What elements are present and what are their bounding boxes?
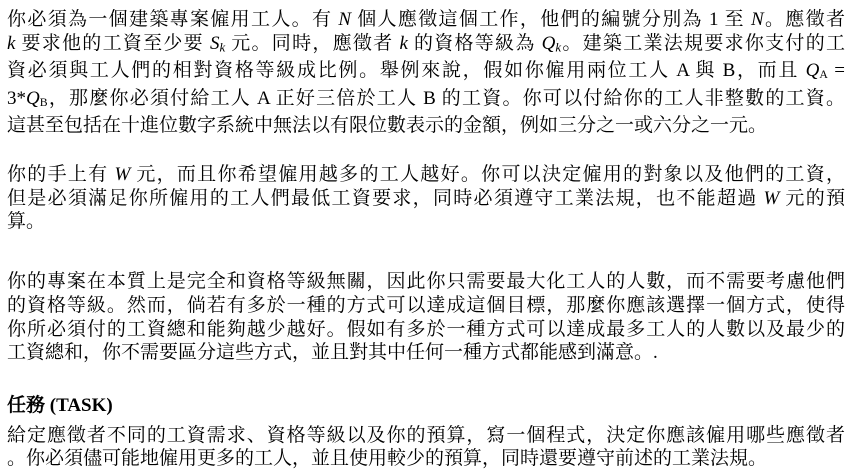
text-line: 的資格等級。然而，倘若有多於一種的方式可以達成這個目標，那麼你應該選擇一個方式，… xyxy=(7,294,845,318)
text-run: 這甚至包括在十進位數字系統中無法以有限位數表示的金額，例如三分之一或六分之一元。 xyxy=(7,115,767,136)
text-line: k 要求他的工資至少要 Sk 元。同時，應徵者 k 的資格等級為 Qk。建築工業… xyxy=(7,32,845,59)
text-line: 你的手上有 W 元，而且你希望僱用越多的工人越好。你可以決定僱用的對象以及他們的… xyxy=(7,163,845,187)
text-run: 3* xyxy=(7,88,26,109)
text-run: 你的手上有 xyxy=(7,164,114,185)
text-line: 你所必須付的工資總和能夠越少越好。假如有多於一種方式可以達成最多工人的人數以及最… xyxy=(7,318,845,342)
budget-paragraph: 你的手上有 W 元，而且你希望僱用越多的工人越好。你可以決定僱用的對象以及他們的… xyxy=(7,163,845,234)
text-run: 。你必須儘可能地僱用更多的工人，並且使用較少的預算，同時還要遵守前述的工業法規。 xyxy=(7,448,767,469)
text-run: 要求他的工資至少要 xyxy=(15,33,210,54)
text-line: 3*QB，那麼你必須付給工人 A 正好三倍於工人 B 的工資。你可以付給你的工人… xyxy=(7,87,845,115)
text-run: 元，而且你希望僱用越多的工人越好。你可以決定僱用的對象以及他們的工資， xyxy=(130,164,845,185)
text-run: 元的預 xyxy=(779,188,845,209)
text-run: 。應徵者 xyxy=(764,9,845,30)
text-run: W xyxy=(764,188,780,209)
text-run: 你的專案在本質上是完全和資格等級無關，因此你只需要最大化工人的人數，而不需要考慮… xyxy=(7,271,845,292)
text-run: Q xyxy=(806,60,820,81)
intro-paragraph: 你必須為一個建築專案僱用工人。有 N 個人應徵這個工作，他們的編號分別為 1 至… xyxy=(7,8,845,138)
task-heading: 任務 (TASK) xyxy=(7,394,845,418)
text-run: = xyxy=(828,60,845,81)
text-run: Q xyxy=(26,88,40,109)
text-run: 你必須為一個建築專案僱用工人。有 xyxy=(7,9,338,30)
text-line: 資必須與工人們的相對資格等級成比例。舉例來說，假如你僱用兩位工人 A 與 B，而… xyxy=(7,59,845,87)
text-run: 個人應徵這個工作，他們的編號分別為 1 至 xyxy=(351,9,751,30)
text-run: 。建築工業法規要求你支付的工 xyxy=(561,33,845,54)
text-line: 任務 (TASK) xyxy=(7,394,845,418)
text-run: 給定應徵者不同的工資需求、資格等級以及你的預算，寫一個程式，決定你應該僱用哪些應… xyxy=(7,425,845,446)
text-run: k xyxy=(399,33,407,54)
text-run: 任務 (TASK) xyxy=(7,395,113,416)
problem-statement: 你必須為一個建築專案僱用工人。有 N 個人應徵這個工作，他們的編號分別為 1 至… xyxy=(0,0,852,471)
text-run: N xyxy=(338,9,351,30)
text-line: 你的專案在本質上是完全和資格等級無關，因此你只需要最大化工人的人數，而不需要考慮… xyxy=(7,270,845,294)
text-run: B xyxy=(40,96,48,109)
text-run: N xyxy=(751,9,764,30)
text-run: 的資格等級。然而，倘若有多於一種的方式可以達成這個目標，那麼你應該選擇一個方式，… xyxy=(7,295,845,316)
objective-paragraph: 你的專案在本質上是完全和資格等級無關，因此你只需要最大化工人的人數，而不需要考慮… xyxy=(7,270,845,365)
text-line: 。你必須儘可能地僱用更多的工人，並且使用較少的預算，同時還要遵守前述的工業法規。 xyxy=(7,447,845,471)
text-line: 算。 xyxy=(7,210,845,234)
text-run: 工資總和，你不需要區分這些方式，並且對其中任何一種方式都能感到滿意。. xyxy=(7,342,658,363)
text-run: Q xyxy=(542,33,556,54)
text-run: 資必須與工人們的相對資格等級成比例。舉例來說，假如你僱用兩位工人 A 與 B，而… xyxy=(7,60,806,81)
text-run: ，那麼你必須付給工人 A 正好三倍於工人 B 的工資。你可以付給你的工人非整數的… xyxy=(48,88,845,109)
text-run: W xyxy=(114,164,130,185)
text-line: 工資總和，你不需要區分這些方式，並且對其中任何一種方式都能感到滿意。. xyxy=(7,341,845,365)
text-run: 算。 xyxy=(7,211,45,232)
text-run: 但是必須滿足你所僱用的工人們最低工資要求，同時必須遵守工業法規，也不能超過 xyxy=(7,188,764,209)
text-run: 元。同時，應徵者 xyxy=(225,33,399,54)
text-run: 你所必須付的工資總和能夠越少越好。假如有多於一種方式可以達成最多工人的人數以及最… xyxy=(7,319,845,340)
text-run: 的資格等級為 xyxy=(408,33,542,54)
document-page: 你必須為一個建築專案僱用工人。有 N 個人應徵這個工作，他們的編號分別為 1 至… xyxy=(0,0,852,475)
text-line: 這甚至包括在十進位數字系統中無法以有限位數表示的金額，例如三分之一或六分之一元。 xyxy=(7,114,845,138)
text-line: 你必須為一個建築專案僱用工人。有 N 個人應徵這個工作，他們的編號分別為 1 至… xyxy=(7,8,845,32)
task-paragraph: 給定應徵者不同的工資需求、資格等級以及你的預算，寫一個程式，決定你應該僱用哪些應… xyxy=(7,424,845,471)
text-line: 給定應徵者不同的工資需求、資格等級以及你的預算，寫一個程式，決定你應該僱用哪些應… xyxy=(7,424,845,448)
text-line: 但是必須滿足你所僱用的工人們最低工資要求，同時必須遵守工業法規，也不能超過 W … xyxy=(7,187,845,211)
text-run: A xyxy=(819,68,828,81)
